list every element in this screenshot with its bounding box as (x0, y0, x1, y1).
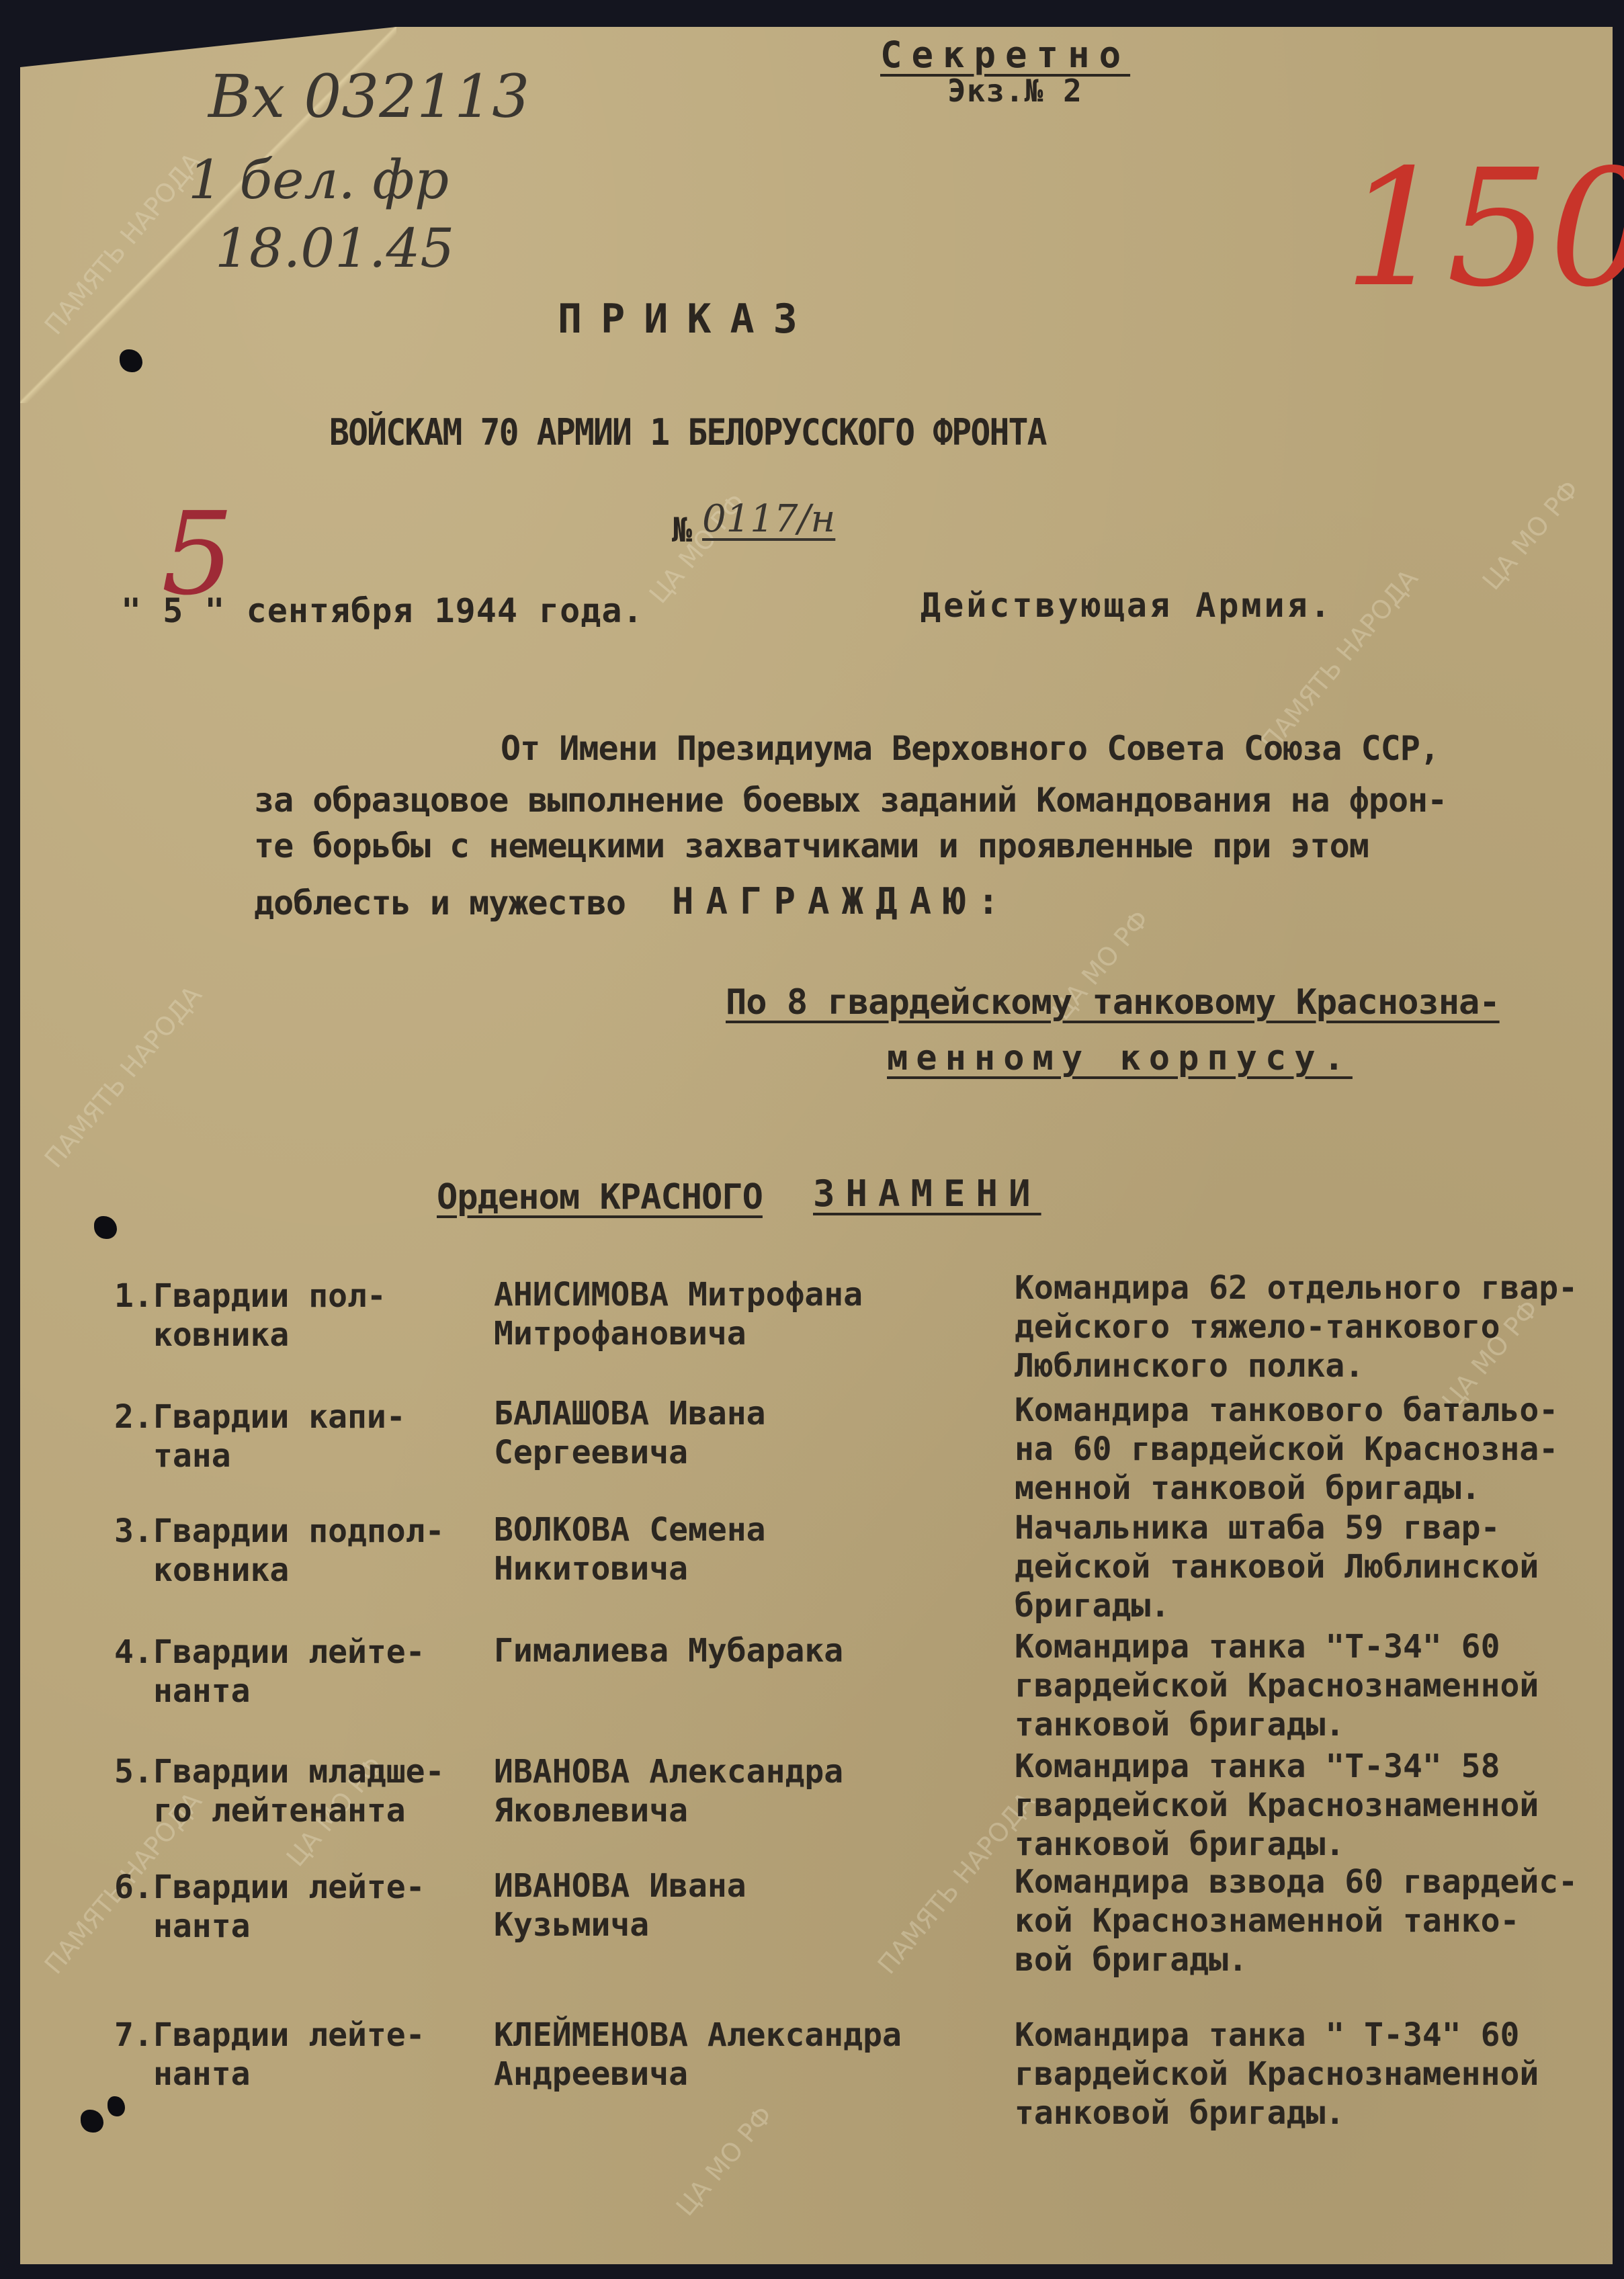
recipient-name: ИВАНОВА Ивана Кузьмича (494, 1866, 746, 1944)
recipient-number: 3. (114, 1512, 153, 1551)
recipient-number: 5. (114, 1752, 153, 1791)
recipient-position: Командира взвода 60 гвардейс- кой Красно… (1015, 1862, 1578, 1979)
recipient-name: АНИСИМОВА Митрофана Митрофановича (494, 1275, 863, 1353)
award-name-emph: ЗНАМЕНИ (813, 1172, 1041, 1215)
recipient-position: Командира танка "Т-34" 58 гвардейской Кр… (1015, 1747, 1539, 1864)
unit-line-2: менному корпусу. (887, 1038, 1353, 1078)
recipient-number: 6. (114, 1868, 153, 1907)
preamble-line-2: за образцовое выполнение боевых заданий … (254, 781, 1447, 820)
recipient-position: Командира 62 отдельного гвар- дейского т… (1015, 1268, 1578, 1385)
preamble-line-4: доблесть и мужество (254, 884, 626, 922)
handwritten-day: 5 (161, 497, 234, 611)
order-number-label: № (672, 511, 693, 550)
recipient-position: Начальника штаба 59 гвар- дейской танков… (1015, 1508, 1539, 1625)
red-pencil-page-number: 150 (1344, 148, 1624, 309)
recipient-number: 1. (114, 1277, 153, 1316)
handwritten-date-note: 18.01.45 (215, 222, 454, 275)
recipient-rank: Гвардии капи- тана (153, 1397, 406, 1475)
location-label: Действующая Армия. (921, 586, 1333, 625)
recipient-rank: Гвардии младше- го лейтенанта (153, 1752, 444, 1830)
recipient-name: БАЛАШОВА Ивана Сергеевича (494, 1394, 766, 1472)
recipient-name: ВОЛКОВА Семена Никитовича (494, 1510, 766, 1588)
classification-label: Секретно (880, 34, 1130, 76)
order-title: ПРИКАЗ (558, 296, 816, 343)
award-name-prefix: Орденом КРАСНОГО (437, 1177, 763, 1217)
handwritten-front-note: 1 бел. фр (188, 153, 449, 207)
recipient-position: Командира танка "Т-34" 60 гвардейской Кр… (1015, 1627, 1539, 1744)
unit-line-1: По 8 гвардейскому танковому Краснозна- (726, 982, 1500, 1023)
recipient-name: КЛЕЙМЕНОВА Александра Андреевича (494, 2016, 902, 2094)
recipient-number: 4. (114, 1633, 153, 1672)
copy-number: Экз.№ 2 (947, 73, 1082, 109)
recipient-position: Командира танка " Т-34" 60 гвардейской К… (1015, 2016, 1539, 2133)
recipient-position: Командира танкового батальо- на 60 гвард… (1015, 1391, 1558, 1508)
recipient-rank: Гвардии лейте- нанта (153, 1868, 425, 1946)
order-number-value: 0117/н (702, 497, 835, 541)
preamble-award-verb: НАГРАЖДАЮ: (672, 880, 1011, 922)
recipient-rank: Гвардии лейте- нанта (153, 2016, 425, 2094)
handwritten-registry-number: Вх 032113 (208, 67, 529, 126)
order-subtitle: ВОЙСКАМ 70 АРМИИ 1 БЕЛОРУССКОГО ФРОНТА (329, 411, 1046, 454)
recipient-number: 2. (114, 1397, 153, 1436)
preamble-line-1: От Имени Президиума Верховного Совета Со… (501, 729, 1439, 768)
recipient-number: 7. (114, 2016, 153, 2055)
recipient-name: Гималиева Мубарака (494, 1631, 843, 1670)
recipient-rank: Гвардии подпол- ковника (153, 1512, 444, 1590)
recipient-name: ИВАНОВА Александра Яковлевича (494, 1752, 843, 1830)
recipient-rank: Гвардии лейте- нанта (153, 1633, 425, 1711)
preamble-line-3: те борьбы с немецкими захватчиками и про… (254, 826, 1369, 865)
recipient-rank: Гвардии пол- ковника (153, 1277, 386, 1354)
